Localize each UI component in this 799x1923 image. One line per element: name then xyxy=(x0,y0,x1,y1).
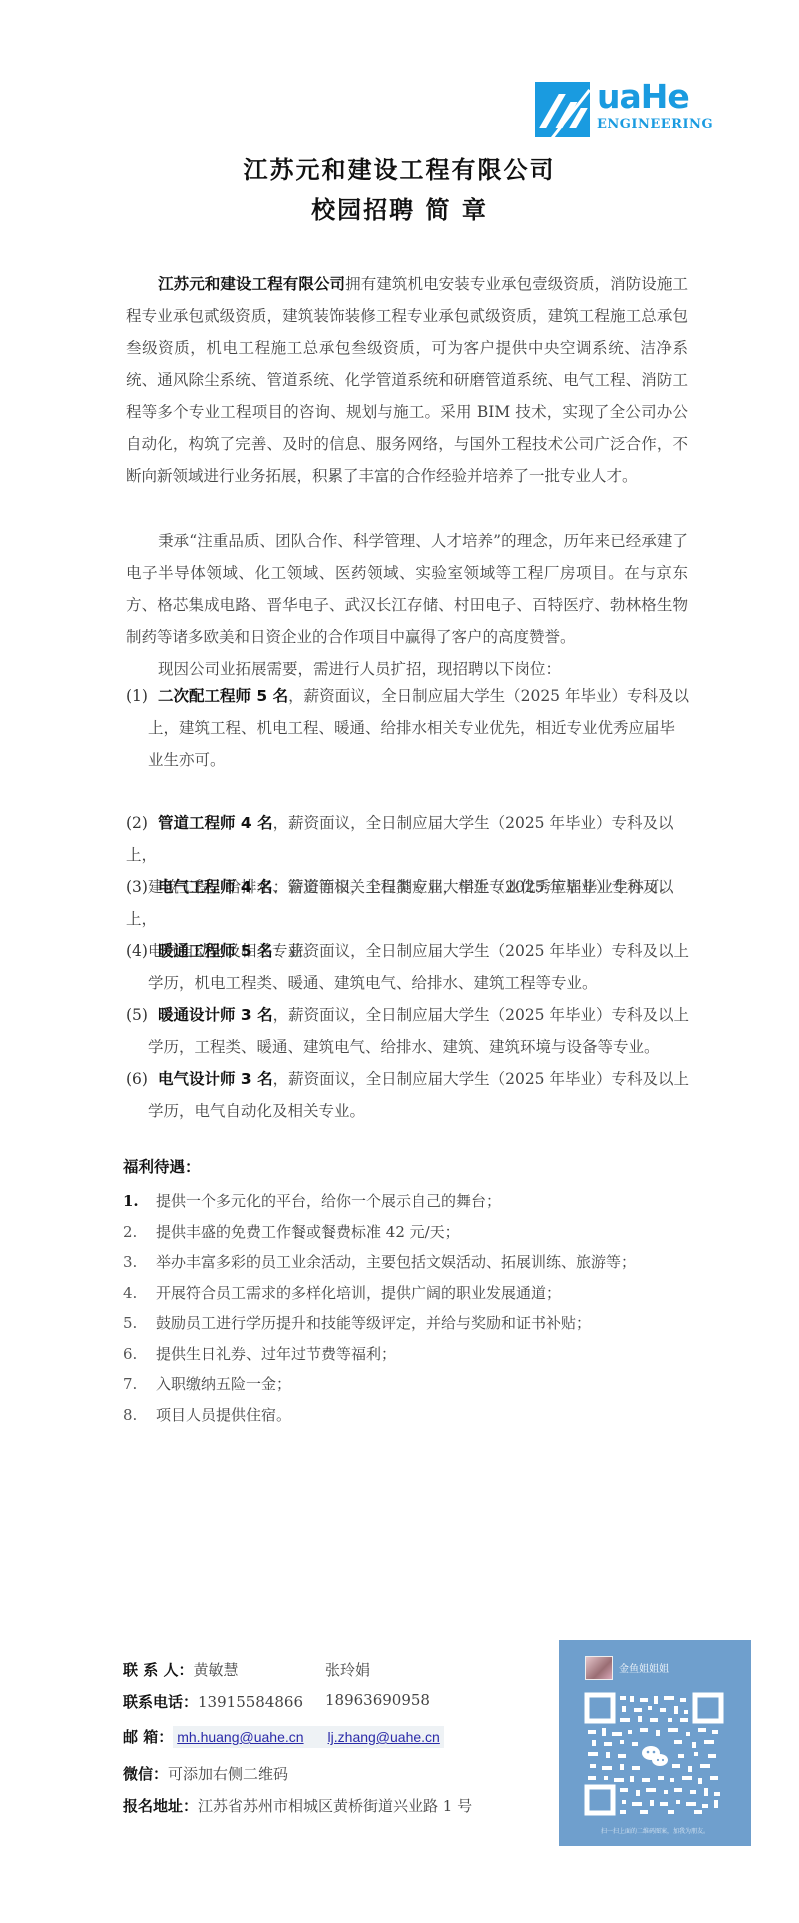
logo-wordmark: uaHe xyxy=(597,78,689,116)
position-item: (4)暖通工程师 5 名：薪资面议，全日制应届大学生（2025 年毕业）专科及以… xyxy=(126,935,696,999)
intro-text-1: 拥有建筑机电安装专业承包壹级资质，消防设施工程专业承包贰级资质，建筑装饰装修工程… xyxy=(126,275,688,485)
email-link-1[interactable]: mh.huang@uahe.cn xyxy=(177,1729,303,1745)
benefit-number: 7. xyxy=(123,1369,156,1400)
position-title: 管道工程师 4 名 xyxy=(158,814,273,832)
position-sep: ， xyxy=(273,814,289,832)
benefit-number: 1. xyxy=(123,1186,156,1217)
contact-address-label: 报名地址： xyxy=(123,1797,198,1815)
benefit-number: 6. xyxy=(123,1339,156,1370)
position-title: 二次配工程师 5 名 xyxy=(158,687,288,705)
position-desc: 薪资面议，全日制应届大学生（2025 年毕业）专科及以上 xyxy=(288,1070,689,1088)
benefit-text: 举办丰富多彩的员工业余活动，主要包括文娱活动、拓展训练、旅游等； xyxy=(156,1253,636,1271)
position-item: (5)暖通设计师 3 名，薪资面议，全日制应届大学生（2025 年毕业）专科及以… xyxy=(126,999,696,1063)
contact-phone-1: 13915584866 xyxy=(198,1693,303,1711)
benefit-item: 7.入职缴纳五险一金； xyxy=(123,1369,703,1400)
contact-address-row: 报名地址：江苏省苏州市相城区黄桥街道兴业路 1 号 xyxy=(123,1795,472,1816)
position-sep: ： xyxy=(273,942,289,960)
position-number: (2) xyxy=(126,807,158,839)
position-number: (6) xyxy=(126,1063,158,1095)
benefit-number: 3. xyxy=(123,1247,156,1278)
logo-mark-icon xyxy=(535,82,590,137)
logo-subtitle: ENGINEERING xyxy=(597,117,713,132)
benefit-item: 3.举办丰富多彩的员工业余活动，主要包括文娱活动、拓展训练、旅游等； xyxy=(123,1247,703,1278)
benefits-list: 1.提供一个多元化的平台，给你一个展示自己的舞台； 2.提供丰盛的免费工作餐或餐… xyxy=(123,1186,703,1430)
contact-phone-row: 联系电话：1391558486618963690958 xyxy=(123,1691,303,1712)
company-name-inline: 江苏元和建设工程有限公司 xyxy=(158,275,345,293)
benefit-item: 4.开展符合员工需求的多样化培训，提供广阔的职业发展通道； xyxy=(123,1278,703,1309)
qr-caption: 扫一扫上面的二维码图案，加我为朋友。 xyxy=(559,1826,751,1835)
position-desc: 薪资面议，全日制应届大学生（2025 年毕业）专科及以 xyxy=(304,687,689,705)
position-number: (5) xyxy=(126,999,158,1031)
qr-code-icon xyxy=(584,1692,724,1816)
document-title: 校园招聘 简 章 xyxy=(0,190,799,225)
contact-address-value: 江苏省苏州市相城区黄桥街道兴业路 1 号 xyxy=(198,1797,472,1815)
position-desc-cont: 学历，机电工程类、暖通、建筑电气、给排水、建筑工程等专业。 xyxy=(126,967,696,999)
position-sep: ： xyxy=(273,878,289,896)
contact-phone-2: 18963690958 xyxy=(325,1691,430,1709)
position-desc: 薪资面议，全日制应届大学生（2025 年毕业）专科及以上 xyxy=(288,1006,689,1024)
benefit-text: 入职缴纳五险一金； xyxy=(156,1375,291,1393)
benefit-text: 开展符合员工需求的多样化培训，提供广阔的职业发展通道； xyxy=(156,1284,561,1302)
position-number: (1) xyxy=(126,680,158,712)
position-item: (1)二次配工程师 5 名，薪资面议，全日制应届大学生（2025 年毕业）专科及… xyxy=(126,680,696,776)
contact-person-2: 张玲娟 xyxy=(325,1659,370,1680)
contact-email-row: 邮 箱：mh.huang@uahe.cnlj.zhang@uahe.cn xyxy=(123,1726,444,1747)
position-number: (4) xyxy=(126,935,158,967)
contact-phone-label: 联系电话： xyxy=(123,1693,198,1711)
benefit-text: 提供丰盛的免费工作餐或餐费标准 42 元/天； xyxy=(156,1223,460,1241)
contact-wechat-label: 微信： xyxy=(123,1765,168,1783)
intro-paragraph-1: 江苏元和建设工程有限公司拥有建筑机电安装专业承包壹级资质，消防设施工程专业承包贰… xyxy=(126,268,688,492)
benefit-item: 2.提供丰盛的免费工作餐或餐费标准 42 元/天； xyxy=(123,1217,703,1248)
intro-text-3: 现因公司业拓展需要，需进行人员扩招，现招聘以下岗位： xyxy=(158,660,561,678)
position-desc: 薪资面议，全日制应届大学生（2025 年毕业）专科及以上 xyxy=(288,942,689,960)
benefit-text: 项目人员提供住宿。 xyxy=(156,1406,291,1424)
contact-wechat-row: 微信：可添加右侧二维码 xyxy=(123,1763,288,1784)
benefit-item: 8.项目人员提供住宿。 xyxy=(123,1400,703,1431)
position-sep: ， xyxy=(273,1070,289,1088)
intro-text-2: 秉承“注重品质、团队合作、科学管理、人才培养”的理念，历年来已经承建了电子半导体… xyxy=(126,532,688,646)
contact-person-label: 联 系 人： xyxy=(123,1661,193,1679)
position-desc-cont: 学历，工程类、暖通、建筑电气、给排水、建筑、建筑环境与设备等专业。 xyxy=(126,1031,696,1063)
benefit-text: 鼓励员工进行学历提升和技能等级评定，并给与奖励和证书补贴； xyxy=(156,1314,591,1332)
wechat-qr-card: 金鱼姐姐姐 扫一扫上面的二维码图案，加我为朋友。 xyxy=(559,1640,751,1846)
position-sep: ， xyxy=(288,687,304,705)
benefit-number: 5. xyxy=(123,1308,156,1339)
position-title: 暖通工程师 5 名 xyxy=(158,942,273,960)
position-item: (6)电气设计师 3 名，薪资面议，全日制应届大学生（2025 年毕业）专科及以… xyxy=(126,1063,696,1127)
avatar xyxy=(585,1656,613,1680)
position-number: (3) xyxy=(126,871,158,903)
intro-paragraph-2: 秉承“注重品质、团队合作、科学管理、人才培养”的理念，历年来已经承建了电子半导体… xyxy=(126,525,688,653)
contact-wechat-value: 可添加右侧二维码 xyxy=(168,1765,288,1783)
email-box: mh.huang@uahe.cnlj.zhang@uahe.cn xyxy=(173,1726,444,1748)
benefit-number: 4. xyxy=(123,1278,156,1309)
company-logo: uaHe ENGINEERING xyxy=(535,82,715,140)
benefit-text: 提供一个多元化的平台，给你一个展示自己的舞台； xyxy=(156,1192,501,1210)
benefit-item: 5.鼓励员工进行学历提升和技能等级评定，并给与奖励和证书补贴； xyxy=(123,1308,703,1339)
email-link-2[interactable]: lj.zhang@uahe.cn xyxy=(328,1729,440,1745)
position-sep: ， xyxy=(273,1006,289,1024)
contact-person-1: 黄敏慧 xyxy=(193,1659,238,1680)
contact-person-row: 联 系 人：黄敏慧张玲娟 xyxy=(123,1659,238,1680)
position-title: 电气工程师 4 名 xyxy=(158,878,273,896)
qr-profile-name: 金鱼姐姐姐 xyxy=(619,1660,669,1675)
company-name-title: 江苏元和建设工程有限公司 xyxy=(0,150,799,185)
benefit-number: 8. xyxy=(123,1400,156,1431)
benefits-heading: 福利待遇： xyxy=(123,1155,201,1177)
position-title: 暖通设计师 3 名 xyxy=(158,1006,273,1024)
benefit-text: 提供生日礼券、过年过节费等福利； xyxy=(156,1345,396,1363)
position-desc-cont: 上，建筑工程、机电工程、暖通、给排水相关专业优先，相近专业优秀应届毕业生亦可。 xyxy=(126,712,688,776)
benefit-item: 1.提供一个多元化的平台，给你一个展示自己的舞台； xyxy=(123,1186,703,1217)
benefit-item: 6.提供生日礼券、过年过节费等福利； xyxy=(123,1339,703,1370)
position-desc-cont: 学历，电气自动化及相关专业。 xyxy=(126,1095,696,1127)
position-title: 电气设计师 3 名 xyxy=(158,1070,273,1088)
contact-email-label: 邮 箱： xyxy=(123,1728,173,1746)
benefit-number: 2. xyxy=(123,1217,156,1248)
